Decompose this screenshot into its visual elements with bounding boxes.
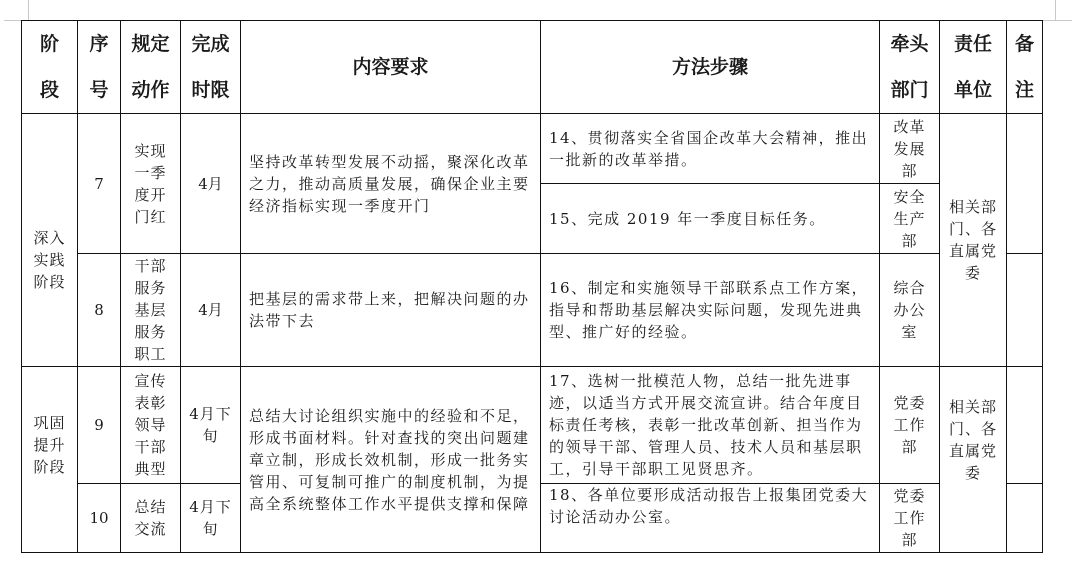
seq-cell: 7 xyxy=(78,114,121,254)
stage-cell: 巩固提升阶段 xyxy=(22,367,78,553)
method-cell: 17、选树一批模范人物，总结一批先进事迹，以适当方式开展交流宣讲。结合年度目标责… xyxy=(541,367,880,484)
lead-dept-cell: 党委工作部 xyxy=(880,484,940,553)
table-row: 深入实践阶段 7 实现一季度开门红 4月 坚持改革转型发展不动摇，聚深化改革之力… xyxy=(22,114,1043,184)
work-plan-table: 阶段 序号 规定动作 完成时限 内容要求 方法步骤 牵头部门 责任单位 备注 深… xyxy=(21,20,1043,553)
deadline-cell: 4月 xyxy=(181,114,241,254)
content-cell: 坚持改革转型发展不动摇，聚深化改革之力，推动高质量发展，确保企业主要经济指标实现… xyxy=(241,114,541,254)
header-row: 阶段 序号 规定动作 完成时限 内容要求 方法步骤 牵头部门 责任单位 备注 xyxy=(22,21,1043,114)
lead-dept-cell: 综合办公室 xyxy=(880,254,940,367)
method-cell: 18、各单位要形成活动报告上报集团党委大讨论活动办公室。 xyxy=(541,484,880,553)
seq-cell: 9 xyxy=(78,367,121,484)
lead-dept-cell: 党委工作部 xyxy=(880,367,940,484)
action-cell: 宣传表彰领导干部典型 xyxy=(121,367,181,484)
content-cell: 把基层的需求带上来，把解决问题的办法带下去 xyxy=(241,254,541,367)
stage-cell: 深入实践阶段 xyxy=(22,114,78,367)
table-row: 8 干部服务基层服务职工 4月 把基层的需求带上来，把解决问题的办法带下去 16… xyxy=(22,254,1043,367)
remark-cell xyxy=(1007,367,1043,484)
content-cell: 总结大讨论组织实施中的经验和不足，形成书面材料。针对查找的突出问题建章立制，形成… xyxy=(241,367,541,553)
remark-cell xyxy=(1007,484,1043,553)
deadline-cell: 4月下旬 xyxy=(181,367,241,484)
header-deadline: 完成时限 xyxy=(181,21,241,114)
header-action: 规定动作 xyxy=(121,21,181,114)
remark-cell xyxy=(1007,254,1043,367)
page-corner-mark xyxy=(1042,20,1072,21)
deadline-cell: 4月下旬 xyxy=(181,484,241,553)
page-corner-mark xyxy=(1055,0,1056,20)
header-content: 内容要求 xyxy=(241,21,541,114)
method-cell: 16、制定和实施领导干部联系点工作方案，指导和帮助基层解决实际问题，发现先进典型… xyxy=(541,254,880,367)
action-cell: 总结交流 xyxy=(121,484,181,553)
header-seq: 序号 xyxy=(78,21,121,114)
table-row: 巩固提升阶段 9 宣传表彰领导干部典型 4月下旬 总结大讨论组织实施中的经验和不… xyxy=(22,367,1043,484)
header-remark: 备注 xyxy=(1007,21,1043,114)
header-responsible: 责任单位 xyxy=(940,21,1007,114)
method-cell: 14、贯彻落实全省国企改革大会精神，推出一批新的改革举措。 xyxy=(541,114,880,184)
deadline-cell: 4月 xyxy=(181,254,241,367)
header-lead-dept: 牵头部门 xyxy=(880,21,940,114)
responsible-cell: 相关部门、各直属党委 xyxy=(940,367,1007,553)
seq-cell: 10 xyxy=(78,484,121,553)
header-stage: 阶段 xyxy=(22,21,78,114)
seq-cell: 8 xyxy=(78,254,121,367)
action-cell: 干部服务基层服务职工 xyxy=(121,254,181,367)
page-corner-mark xyxy=(4,20,22,21)
action-cell: 实现一季度开门红 xyxy=(121,114,181,254)
lead-dept-cell: 安全生产部 xyxy=(880,184,940,254)
remark-cell xyxy=(1007,114,1043,254)
responsible-cell: 相关部门、各直属党委 xyxy=(940,114,1007,367)
header-method: 方法步骤 xyxy=(541,21,880,114)
method-cell: 15、完成 2019 年一季度目标任务。 xyxy=(541,184,880,254)
lead-dept-cell: 改革发展部 xyxy=(880,114,940,184)
page-corner-mark xyxy=(28,0,29,20)
